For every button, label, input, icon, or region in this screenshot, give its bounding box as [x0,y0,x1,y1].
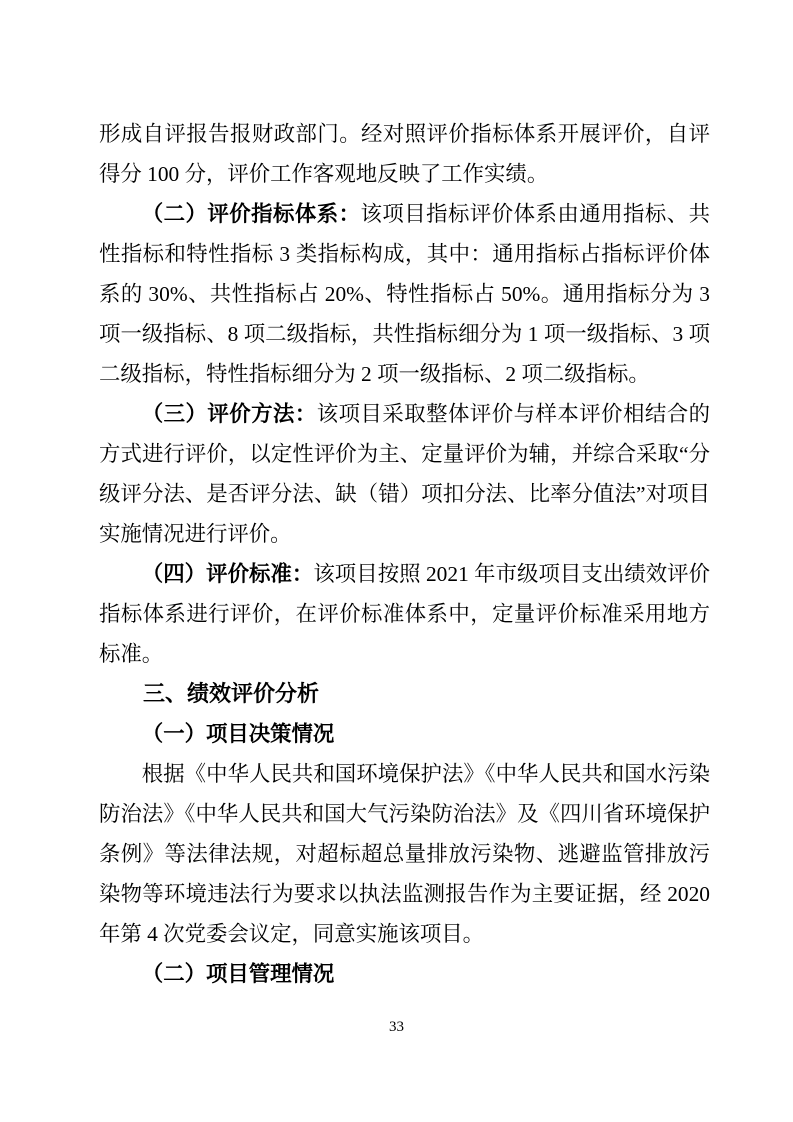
section-heading-performance-analysis: 三、绩效评价分析 [99,674,710,714]
subsection-heading-project-management: （二）项目管理情况 [99,954,710,994]
paragraph-project-decision: 根据《中华人民共和国环境保护法》《中华人民共和国水污染防治法》《中华人民共和国大… [99,754,710,954]
page-number: 33 [389,1019,404,1035]
paragraph-text-indicator-system: 该项目指标评价体系由通用指标、共性指标和特性指标 3 类指标构成，其中：通用指标… [99,202,710,386]
paragraph-label-evaluation-method: （三）评价方法： [142,402,317,426]
document-content: 形成自评报告报财政部门。经对照评价指标体系开展评价，自评得分 100 分，评价工… [99,114,710,994]
paragraph-self-evaluation: 形成自评报告报财政部门。经对照评价指标体系开展评价，自评得分 100 分，评价工… [99,114,710,194]
document-page: 形成自评报告报财政部门。经对照评价指标体系开展评价，自评得分 100 分，评价工… [0,0,793,1122]
paragraph-evaluation-method: （三）评价方法：该项目采取整体评价与样本评价相结合的方式进行评价，以定性评价为主… [99,394,710,554]
paragraph-label-indicator-system: （二）评价指标体系： [142,202,361,226]
subsection-heading-project-decision: （一）项目决策情况 [99,714,710,754]
paragraph-indicator-system: （二）评价指标体系：该项目指标评价体系由通用指标、共性指标和特性指标 3 类指标… [99,194,710,394]
page-footer: 33 [0,1018,793,1036]
paragraph-evaluation-standard: （四）评价标准：该项目按照 2021 年市级项目支出绩效评价指标体系进行评价，在… [99,554,710,674]
paragraph-label-evaluation-standard: （四）评价标准： [142,562,314,586]
